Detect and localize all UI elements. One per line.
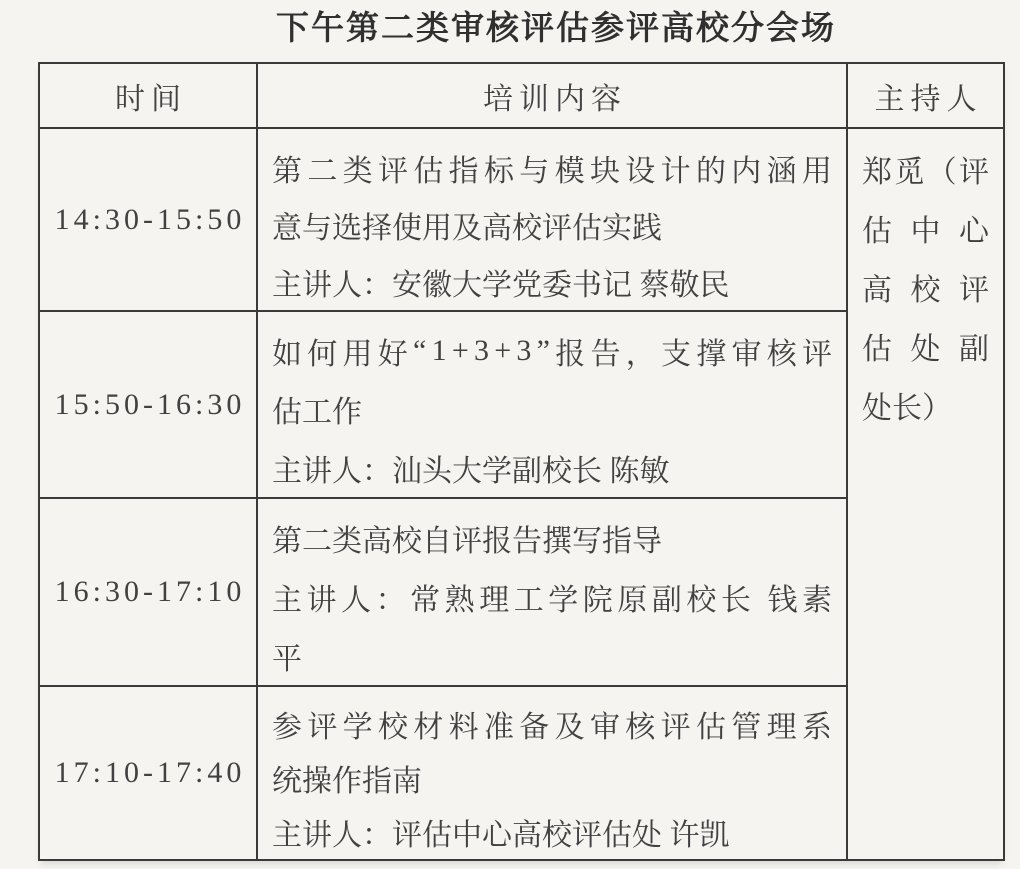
column-header-time: 时间 — [40, 64, 258, 129]
host-line: 高校评 — [862, 257, 989, 316]
content-cell: 第二类评估指标与模块设计的内涵用 意与选择使用及高校评估实践 主讲人：安徽大学党… — [258, 129, 848, 312]
time-cell: 15:50-16:30 — [40, 312, 258, 499]
content-line: 平 — [272, 626, 832, 685]
time-cell: 16:30-17:10 — [40, 499, 258, 687]
host-line: 估处副 — [862, 316, 989, 375]
content-cell: 如何用好“1+3+3”报告，支撑审核评 估工作 主讲人：汕头大学副校长 陈敏 — [258, 312, 848, 499]
scanned-document-sheet: 下午第二类审核评估参评高校分会场 时间 培训内容 主持人 14:30-15:50… — [0, 0, 1020, 869]
content-line: 第二类高校自评报告撰写指导 — [272, 509, 832, 568]
content-cell: 参评学校材料准备及审核评估管理系 统操作指南 主讲人：评估中心高校评估处 许凯 — [258, 687, 848, 859]
content-line: 主讲人：常熟理工学院原副校长 钱素 — [272, 568, 832, 627]
content-line: 估工作 — [272, 380, 832, 438]
host-line: 估中心 — [862, 198, 989, 257]
content-line: 第二类评估指标与模块设计的内涵用 — [272, 139, 832, 196]
content-line: 统操作指南 — [272, 751, 832, 805]
content-line: 主讲人：安徽大学党委书记 蔡敬民 — [272, 253, 832, 310]
time-cell: 17:10-17:40 — [40, 687, 258, 859]
host-cell: 郑觅（评 估中心 高校评 估处副 处长） — [848, 129, 1003, 859]
content-line: 主讲人：汕头大学副校长 陈敏 — [272, 439, 832, 497]
content-line: 如何用好“1+3+3”报告，支撑审核评 — [272, 322, 832, 380]
host-line: 郑觅（评 — [862, 139, 989, 198]
column-header-content: 培训内容 — [258, 64, 848, 129]
time-cell: 14:30-15:50 — [40, 129, 258, 312]
content-line: 参评学校材料准备及审核评估管理系 — [272, 697, 832, 751]
content-line: 意与选择使用及高校评估实践 — [272, 196, 832, 253]
content-cell: 第二类高校自评报告撰写指导 主讲人：常熟理工学院原副校长 钱素 平 — [258, 499, 848, 687]
document-title: 下午第二类审核评估参评高校分会场 — [276, 7, 836, 51]
column-header-host: 主持人 — [848, 64, 1003, 129]
schedule-table: 时间 培训内容 主持人 14:30-15:50 第二类评估指标与模块设计的内涵用… — [38, 62, 1005, 861]
host-line: 处长） — [862, 375, 989, 434]
content-line: 主讲人：评估中心高校评估处 许凯 — [272, 805, 832, 859]
